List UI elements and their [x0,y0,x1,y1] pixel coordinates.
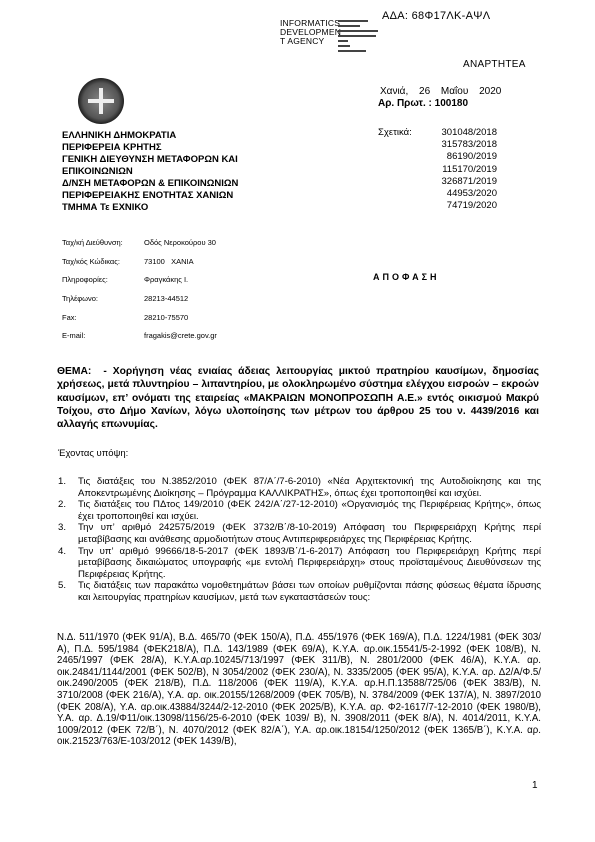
contact-postcode: Ταχ/κός Κώδικας:73100 ΧΑΝΙΑ [62,257,217,276]
related-label: Σχετικά: [378,127,412,138]
item-text: Την υπ’ αριθμό 99666/18-5-2017 (ΦΕΚ 1893… [78,546,541,581]
contact-label: Ταχ/κή Διεύθυνση: [62,238,144,247]
contact-label: Fax: [62,313,144,322]
contact-phone: Τηλέφωνο:28213-44512 [62,294,217,313]
subject-text: - Χορήγηση νέας ενιαίας άδειας λειτουργί… [57,366,539,430]
authority-line: ΕΠΙΚΟΙΝΩΝΙΩΝ [62,166,238,178]
contact-address: Ταχ/κή Διεύθυνση:Οδός Νεροκούρου 30 [62,238,217,257]
related-references: 301048/2018 315783/2018 86190/2019 11517… [432,127,497,212]
contact-value: 28210-75570 [144,313,188,322]
related-item: 301048/2018 [432,127,497,139]
date-day: 26 [419,86,430,97]
laws-paragraph: Ν.Δ. 511/1970 (ΦΕΚ 91/Α), Β.Δ. 465/70 (Φ… [57,632,541,748]
contact-fax: Fax:28210-75570 [62,313,217,332]
authority-line: ΠΕΡΙΦΕΡΕΙΑ ΚΡΗΤΗΣ [62,142,238,154]
page-number: 1 [532,780,538,791]
contact-value[interactable]: fragakis@crete.gov.gr [144,331,217,340]
list-item: 1.Τις διατάξεις του Ν.3852/2010 (ΦΕΚ 87/… [58,476,541,499]
logo-line: T AGENCY [280,37,341,46]
item-text: Τις διατάξεις του ΠΔτος 149/2010 (ΦΕΚ 24… [78,499,541,522]
item-text: Τις διατάξεις του Ν.3852/2010 (ΦΕΚ 87/Α΄… [78,476,541,499]
document-date: Χανιά, 26 Μαΐου 2020 [380,86,509,97]
item-number: 4. [58,546,78,581]
date-year: 2020 [479,86,501,97]
authority-line: ΕΛΛΗΝΙΚΗ ΔΗΜΟΚΡΑΤΙΑ [62,130,238,142]
date-place: Χανιά, [380,86,408,97]
item-number: 3. [58,522,78,545]
date-month: Μαΐου [441,86,468,97]
list-item: 4.Την υπ’ αριθμό 99666/18-5-2017 (ΦΕΚ 18… [58,546,541,581]
item-number: 1. [58,476,78,499]
greek-emblem-icon [78,78,124,124]
contact-label: Ταχ/κός Κώδικας: [62,257,144,266]
issuing-authority: ΕΛΛΗΝΙΚΗ ΔΗΜΟΚΡΑΤΙΑ ΠΕΡΙΦΕΡΕΙΑ ΚΡΗΤΗΣ ΓΕ… [62,130,238,214]
related-item: 74719/2020 [432,200,497,212]
protocol-number: Αρ. Πρωτ. : 100180 [378,98,468,109]
list-item: 2.Τις διατάξεις του ΠΔτος 149/2010 (ΦΕΚ … [58,499,541,522]
contact-label: E-mail: [62,331,144,340]
logo-fine-print [338,20,378,55]
item-number: 5. [58,580,78,603]
contact-label: Πληροφορίες: [62,275,144,284]
considerations-list: 1.Τις διατάξεις του Ν.3852/2010 (ΦΕΚ 87/… [58,476,541,604]
contact-value: 28213-44512 [144,294,188,303]
authority-line: ΠΕΡΙΦΕΡΕΙΑΚΗΣ ΕΝΟΤΗΤΑΣ ΧΑΝΙΩΝ [62,190,238,202]
related-item: 115170/2019 [432,164,497,176]
subject-paragraph: ΘΕΜΑ:- Χορήγηση νέας ενιαίας άδειας λειτ… [57,365,539,431]
contact-details: Ταχ/κή Διεύθυνση:Οδός Νεροκούρου 30 Ταχ/… [62,238,217,350]
contact-value: 73100 ΧΑΝΙΑ [144,257,194,266]
related-item: 44953/2020 [432,188,497,200]
decision-title: ΑΠΟΦΑΣΗ [373,272,440,282]
having-regard: Έχοντας υπόψη: [58,448,128,459]
contact-email: E-mail:fragakis@crete.gov.gr [62,331,217,350]
authority-line: ΤΜΗΜΑ Τε ΕΧΝΙΚΟ [62,202,238,214]
authority-line: ΓΕΝΙΚΗ ΔΙΕΥΘΥΝΣΗ ΜΕΤΑΦΟΡΩΝ ΚΑΙ [62,154,238,166]
item-number: 2. [58,499,78,522]
item-text: Την υπ’ αριθμό 242575/2019 (ΦΕΚ 3732/Β΄/… [78,522,541,545]
related-item: 86190/2019 [432,151,497,163]
list-item: 5.Τις διατάξεις των παρακάτω νομοθετημάτ… [58,580,541,603]
contact-value: Φραγκάκης Ι. [144,275,188,284]
ada-code: ΑΔΑ: 68Φ17ΛΚ-ΑΨΛ [382,10,490,22]
item-text: Τις διατάξεις των παρακάτω νομοθετημάτων… [78,580,541,603]
contact-label: Τηλέφωνο: [62,294,144,303]
authority-line: Δ/ΝΣΗ ΜΕΤΑΦΟΡΩΝ & ΕΠΙΚΟΙΝΩΝΙΩΝ [62,178,238,190]
posting-note: ΑΝΑΡΤΗΤΕΑ [463,59,526,70]
subject-label: ΘΕΜΑ: [57,366,91,377]
related-item: 326871/2019 [432,176,497,188]
related-item: 315783/2018 [432,139,497,151]
informatics-agency-logo: INFORMATICS DEVELOPMEN T AGENCY [280,19,341,46]
list-item: 3.Την υπ’ αριθμό 242575/2019 (ΦΕΚ 3732/Β… [58,522,541,545]
contact-info: Πληροφορίες:Φραγκάκης Ι. [62,275,217,294]
contact-value: Οδός Νεροκούρου 30 [144,238,216,247]
